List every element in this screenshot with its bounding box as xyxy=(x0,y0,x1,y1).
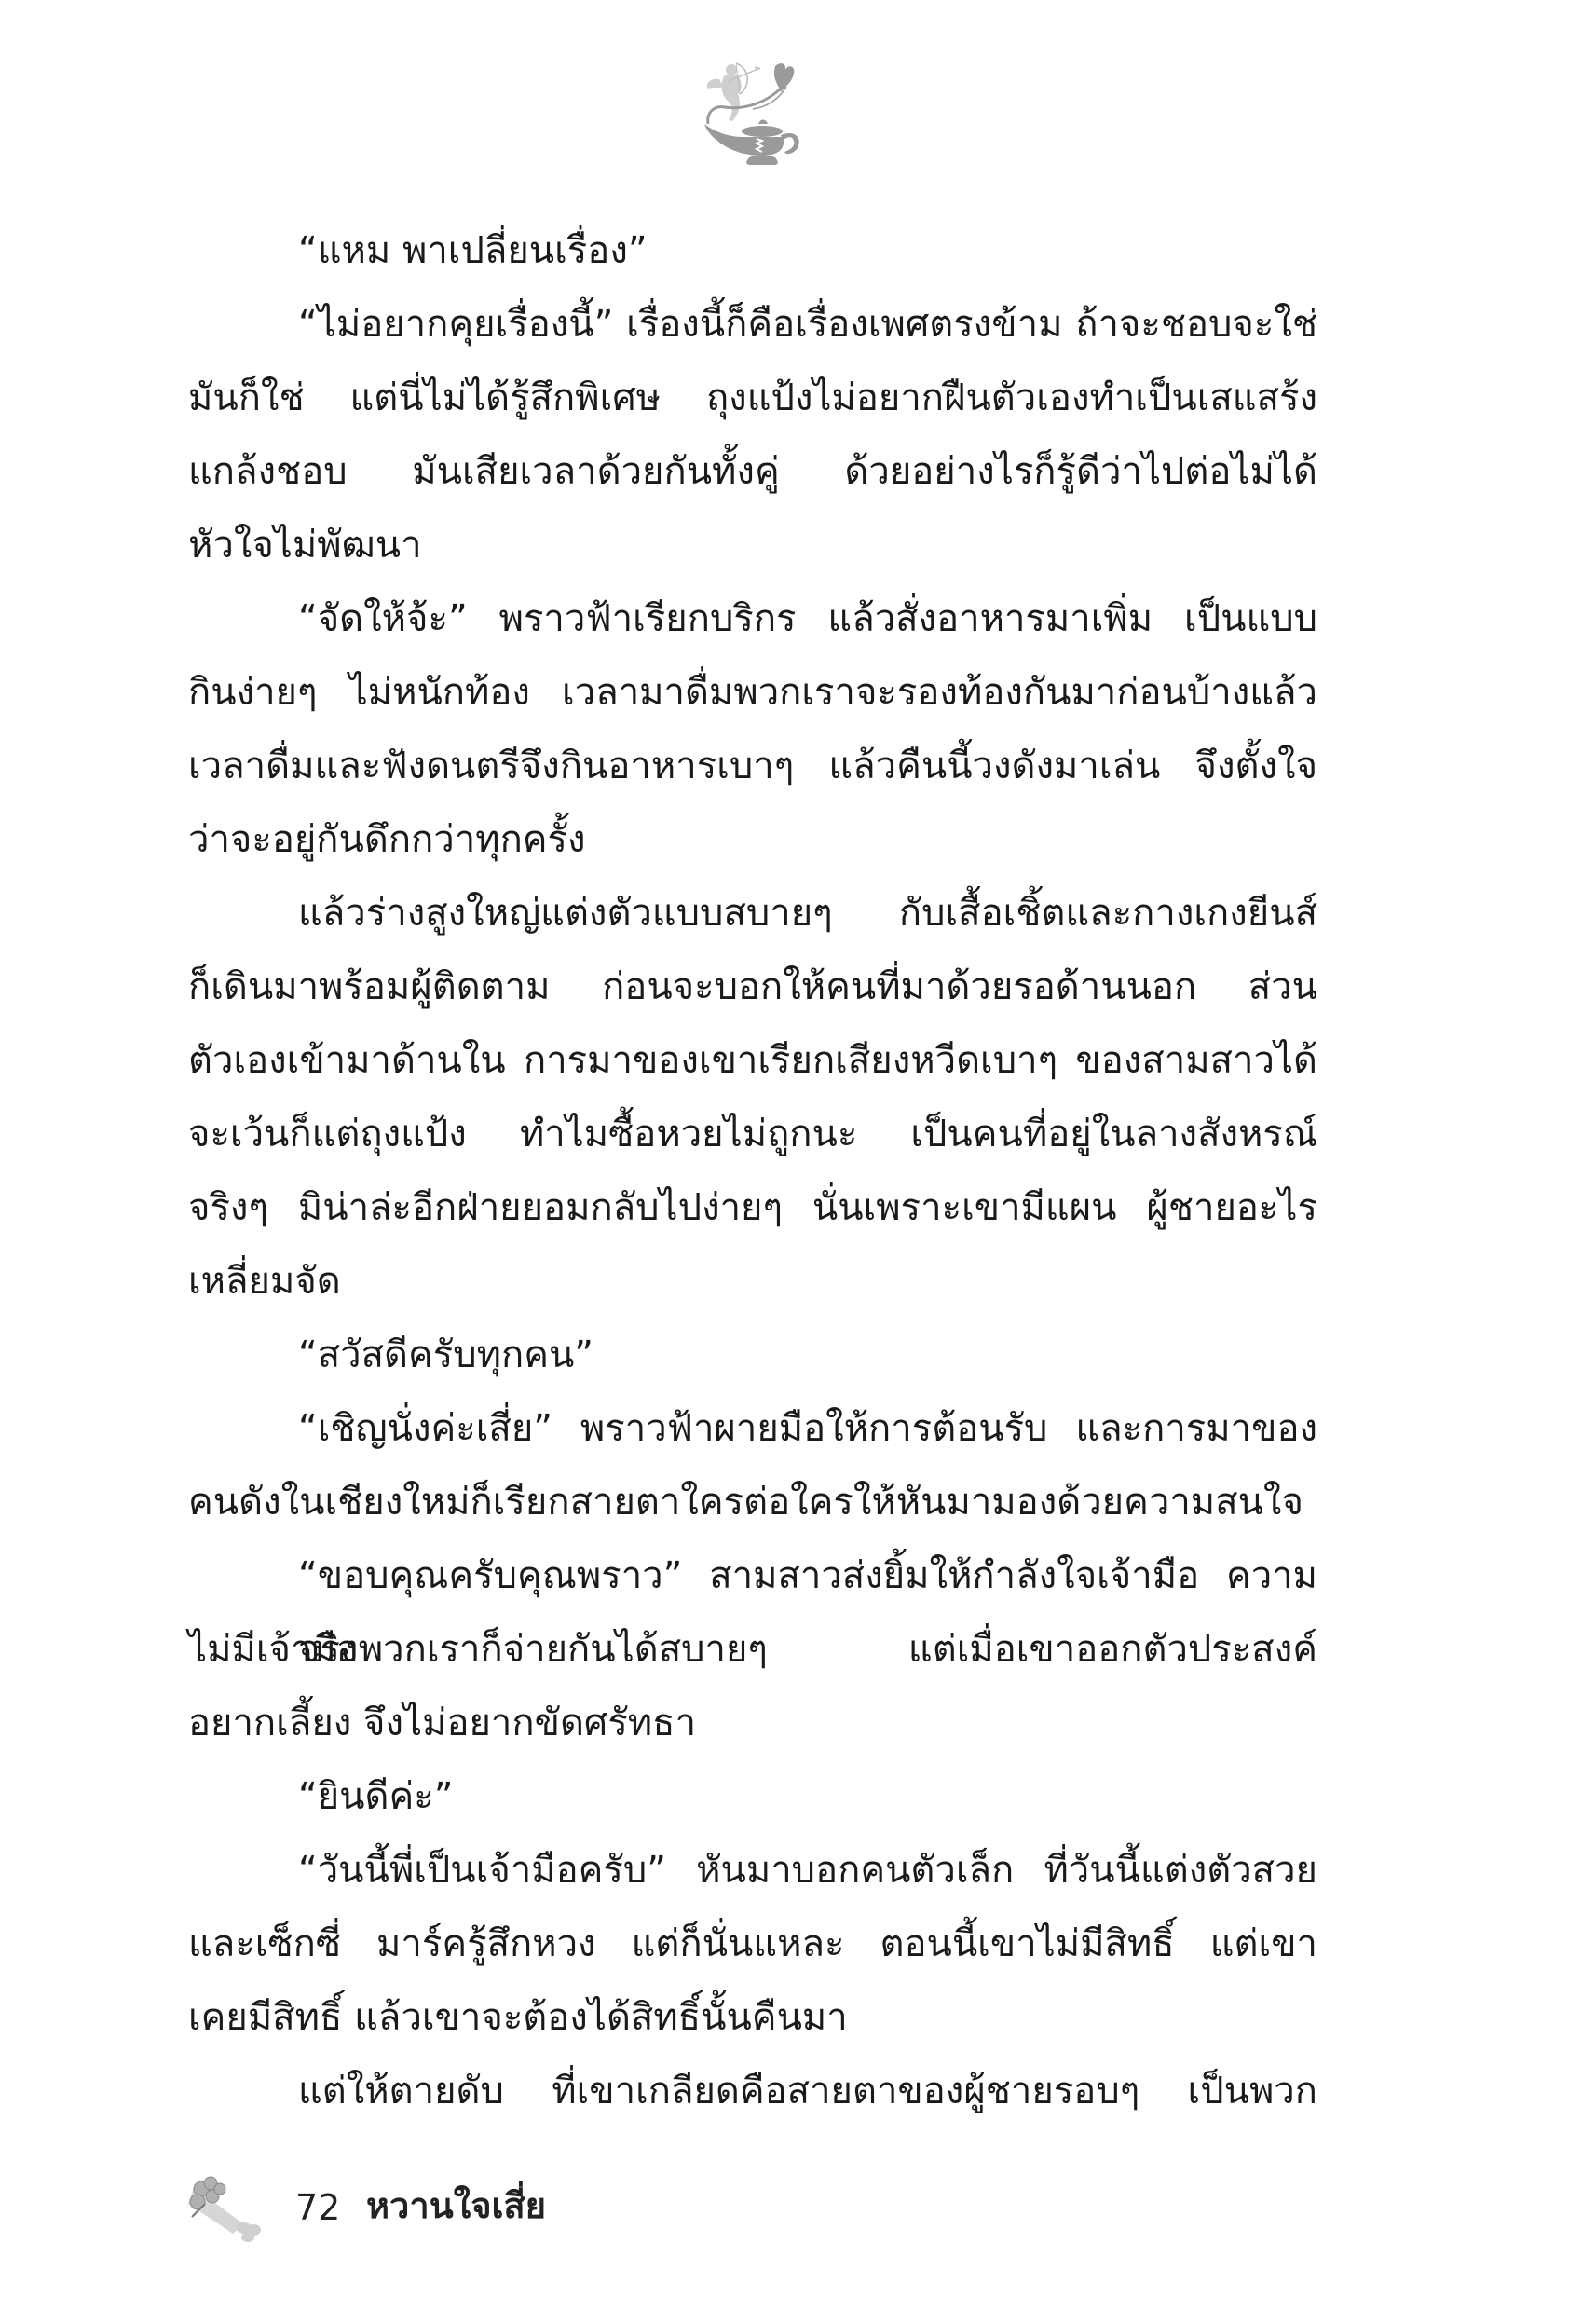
text-line: “จัดให้จ้ะ” พราวฟ้าเรียกบริกร แล้วสั่งอา… xyxy=(188,582,1317,656)
text-line: “แหม พาเปลี่ยนเรื่อง” xyxy=(188,214,1317,288)
text-line: เวลาดื่มและฟังดนตรีจึงกินอาหารเบาๆ แล้วค… xyxy=(188,730,1317,803)
text-line: เหลี่ยมจัด xyxy=(188,1245,1317,1319)
page-footer: 72 หวานใจเสี่ย xyxy=(186,2171,745,2246)
text-line: กินง่ายๆ ไม่หนักท้อง เวลามาดื่มพวกเราจะร… xyxy=(188,656,1317,730)
text-line: แล้วร่างสูงใหญ่แต่งตัวแบบสบายๆ กับเสื้อเ… xyxy=(188,877,1317,950)
text-line: “สวัสดีครับทุกคน” xyxy=(188,1319,1317,1392)
text-line: ไม่มีเจ้ามือพวกเราก็จ่ายกันได้สบายๆ แต่เ… xyxy=(188,1613,1317,1687)
book-page: “แหม พาเปลี่ยนเรื่อง”“ไม่อยากคุยเรื่องนี… xyxy=(0,0,1596,2311)
text-line: ว่าจะอยู่กันดึกกว่าทุกครั้ง xyxy=(188,803,1317,877)
text-line: “เชิญนั่งค่ะเสี่ย” พราวฟ้าผายมือให้การต้… xyxy=(188,1392,1317,1466)
text-line: “ยินดีค่ะ” xyxy=(188,1760,1317,1834)
flower-bouquet-icon xyxy=(186,2176,266,2243)
cupid-magic-lamp-icon xyxy=(701,59,805,166)
text-line: เคยมีสิทธิ์ แล้วเขาจะต้องได้สิทธิ์นั้นคื… xyxy=(188,1981,1317,2055)
text-line: ตัวเองเข้ามาด้านใน การมาของเขาเรียกเสียง… xyxy=(188,1024,1317,1098)
page-number: 72 xyxy=(295,2184,340,2231)
text-line: มันก็ใช่ แต่นี่ไม่ได้รู้สึกพิเศษ ถุงแป้ง… xyxy=(188,362,1317,435)
text-line: จะเว้นก็แต่ถุงแป้ง ทำไมซื้อหวยไม่ถูกนะ เ… xyxy=(188,1098,1317,1171)
text-line: “วันนี้พี่เป็นเจ้ามือครับ” หันมาบอกคนตัว… xyxy=(188,1834,1317,1908)
text-line: จริงๆ มิน่าล่ะอีกฝ่ายยอมกลับไปง่ายๆ นั่น… xyxy=(188,1171,1317,1245)
book-title: หวานใจเสี่ย xyxy=(366,2182,546,2229)
text-line: หัวใจไม่พัฒนา xyxy=(188,509,1317,582)
chapter-body-text: “แหม พาเปลี่ยนเรื่อง”“ไม่อยากคุยเรื่องนี… xyxy=(188,214,1317,2128)
text-line: และเซ็กซี่ มาร์ครู้สึกหวง แต่ก็นั่นแหละ … xyxy=(188,1908,1317,1981)
text-line: แต่ให้ตายดับ ที่เขาเกลียดคือสายตาของผู้ช… xyxy=(188,2055,1317,2128)
text-line: อยากเลี้ยง จึงไม่อยากขัดศรัทธา xyxy=(188,1687,1317,1760)
text-line: ก็เดินมาพร้อมผู้ติดตาม ก่อนจะบอกให้คนที่… xyxy=(188,950,1317,1024)
text-line: “ไม่อยากคุยเรื่องนี้” เรื่องนี้ก็คือเรื่… xyxy=(188,288,1317,362)
text-line: “ขอบคุณครับคุณพราว” สามสาวส่งยิ้มให้กำลั… xyxy=(188,1539,1317,1613)
text-line: แกล้งชอบ มันเสียเวลาด้วยกันทั้งคู่ ด้วยอ… xyxy=(188,435,1317,509)
text-line: คนดังในเชียงใหม่ก็เรียกสายตาใครต่อใครให้… xyxy=(188,1466,1317,1539)
